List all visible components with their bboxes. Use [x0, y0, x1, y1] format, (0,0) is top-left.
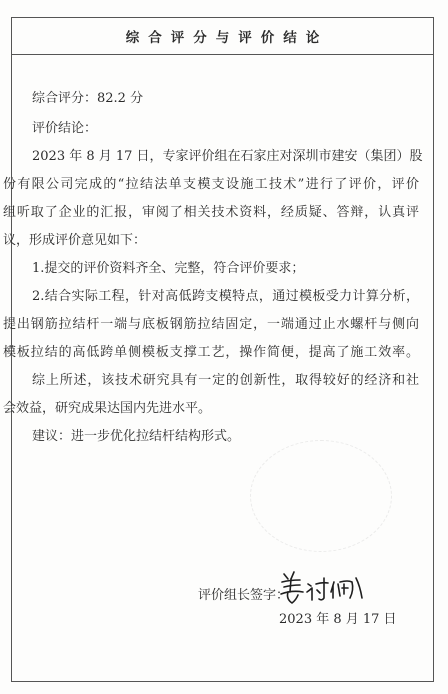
summary-line-1: 综上所述，该技术研究具有一定的创新性，取得较好的经济和社: [32, 373, 419, 389]
opinion-item-2-line-1: 2.结合实际工程，针对高低跨支模特点，通过模板受力计算分析，: [32, 289, 419, 305]
paragraph1-line-2: 份有限公司完成的“拉结法单支模支设施工技术”进行了评价，评价: [3, 177, 419, 193]
title-row: 综合评分与评价结论: [12, 18, 433, 55]
summary-line-2: 会效益，研究成果达国内先进水平。: [3, 401, 211, 417]
document-title: 综合评分与评价结论: [117, 26, 329, 46]
overall-score: 综合评分：82.2 分: [32, 91, 143, 107]
paragraph1-line-4: 议，形成评价意见如下：: [3, 233, 146, 249]
suggestion: 建议：进一步优化拉结杆结构形式。: [32, 429, 240, 445]
document-page: 综合评分与评价结论 综合评分：82.2 分 评价结论： 2023 年 8 月 1…: [0, 0, 448, 694]
signature-date: 2023 年 8 月 17 日: [279, 608, 397, 627]
faint-stamp-trace: [250, 440, 392, 552]
conclusion-label: 评价结论：: [32, 121, 97, 137]
paragraph1-line-3: 组听取了企业的汇报，审阅了相关技术资料，经质疑、答辩，认真评: [3, 205, 419, 221]
handwritten-signature-icon: [278, 570, 368, 606]
opinion-item-2-line-2: 提出钢筋拉结杆一端与底板钢筋拉结固定，一端通过止水螺杆与侧向: [3, 317, 419, 333]
opinion-item-2-line-3: 模板拉结的高低跨单侧模板支撑工艺，操作简便，提高了施工效率。: [3, 345, 419, 361]
signature-label: 评价组长签字：: [198, 584, 289, 603]
opinion-item-1: 1.提交的评价资料齐全、完整，符合评价要求；: [32, 261, 304, 277]
paragraph1-line-1: 2023 年 8 月 17 日，专家评价组在石家庄对深圳市建安（集团）股: [32, 149, 419, 165]
